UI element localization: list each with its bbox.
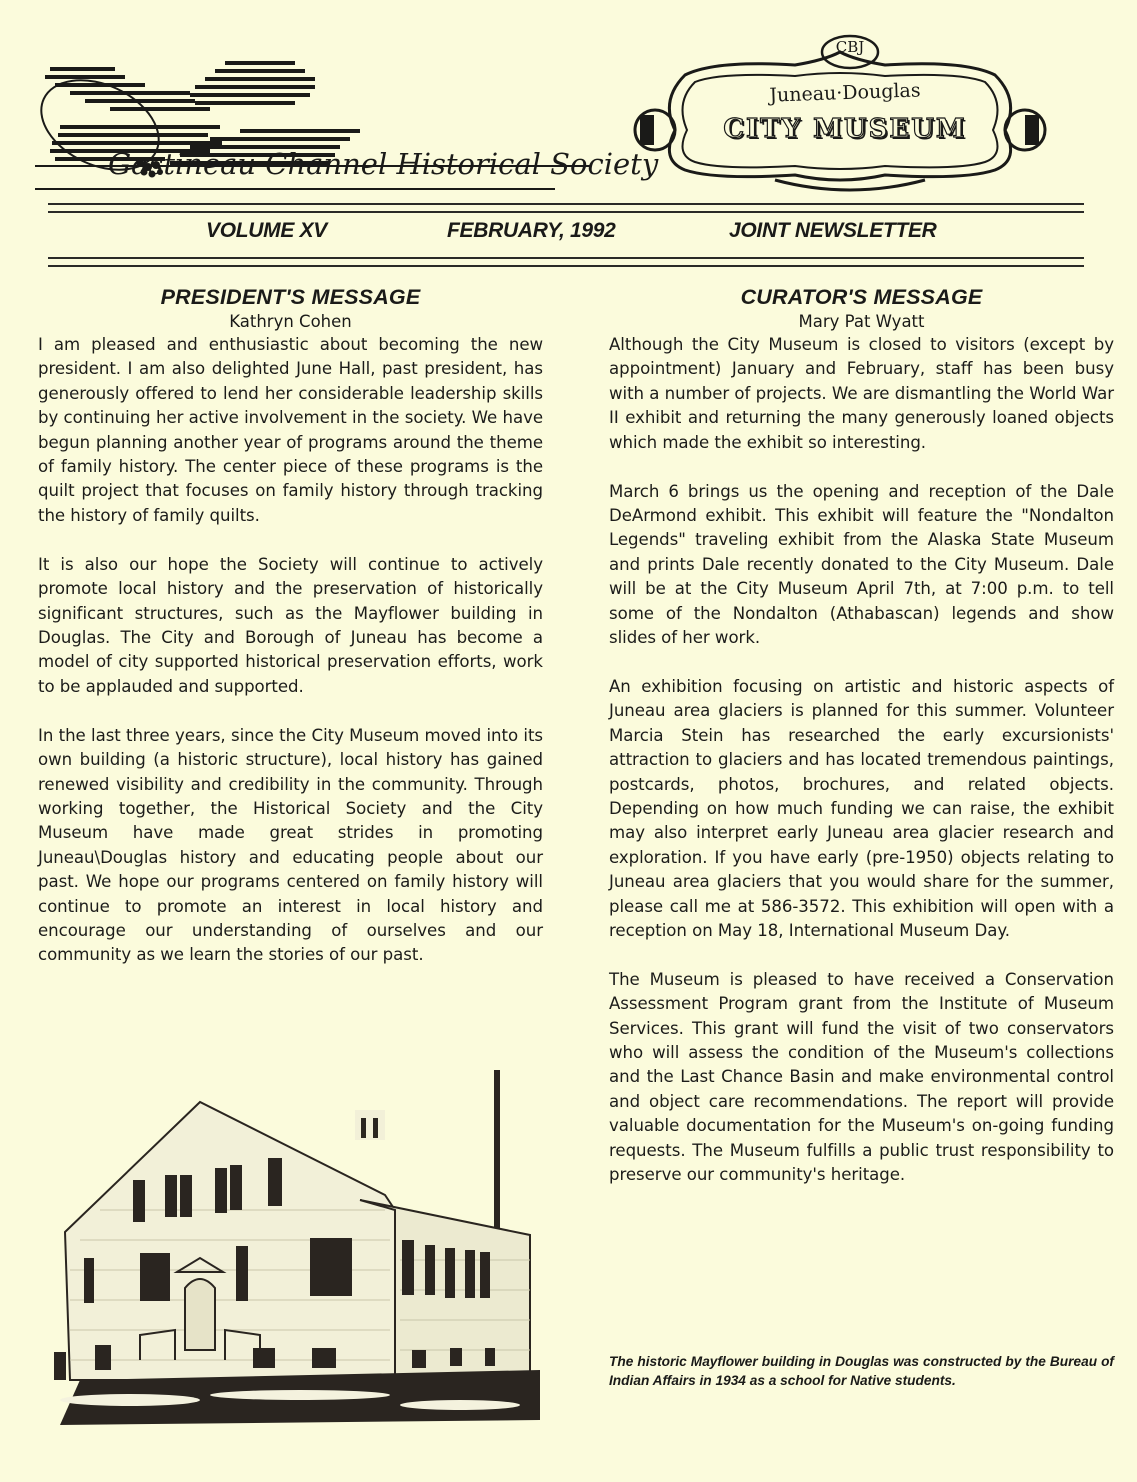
- presidents-message: PRESIDENT'S MESSAGE Kathryn Cohen I am p…: [38, 283, 543, 992]
- museum-logo: CBJ Juneau·Douglas CITY MUSEUM: [625, 30, 1055, 195]
- section-author: Mary Pat Wyatt: [609, 311, 1114, 333]
- curators-message: CURATOR'S MESSAGE Mary Pat Wyatt Althoug…: [609, 283, 1114, 1212]
- section-title: CURATOR'S MESSAGE: [609, 283, 1114, 311]
- paragraph: The Museum is pleased to have received a…: [609, 968, 1114, 1188]
- building-illustration-icon: [40, 1060, 540, 1430]
- museum-title: CITY MUSEUM: [685, 114, 1005, 144]
- paragraph: I am pleased and enthusiastic about beco…: [38, 333, 543, 528]
- section-author: Kathryn Cohen: [8, 311, 573, 333]
- rule-bottom: [48, 257, 1084, 267]
- society-logo: Gastineau Channel Historical Society: [30, 55, 600, 195]
- mayflower-building-photo: [40, 1060, 540, 1430]
- paragraph: March 6 brings us the opening and recept…: [609, 480, 1114, 651]
- section-title: PRESIDENT'S MESSAGE: [8, 283, 573, 311]
- issue-bar: VOLUME XV FEBRUARY, 1992 JOINT NEWSLETTE…: [0, 219, 1137, 247]
- cbj-badge: CBJ: [825, 38, 875, 56]
- issue-volume: VOLUME XV: [206, 219, 327, 243]
- paragraph: An exhibition focusing on artistic and h…: [609, 675, 1114, 943]
- paragraph: Although the City Museum is closed to vi…: [609, 333, 1114, 455]
- paragraph: In the last three years, since the City …: [38, 724, 543, 968]
- society-name: Gastineau Channel Historical Society: [108, 147, 658, 181]
- rule-top: [48, 203, 1084, 213]
- issue-date: FEBRUARY, 1992: [447, 219, 616, 243]
- paragraph: It is also our hope the Society will con…: [38, 553, 543, 699]
- issue-type: JOINT NEWSLETTER: [729, 219, 937, 243]
- photo-caption: The historic Mayflower building in Dougl…: [609, 1352, 1114, 1390]
- newsletter-page: Gastineau Channel Historical Society CBJ…: [0, 0, 1137, 1482]
